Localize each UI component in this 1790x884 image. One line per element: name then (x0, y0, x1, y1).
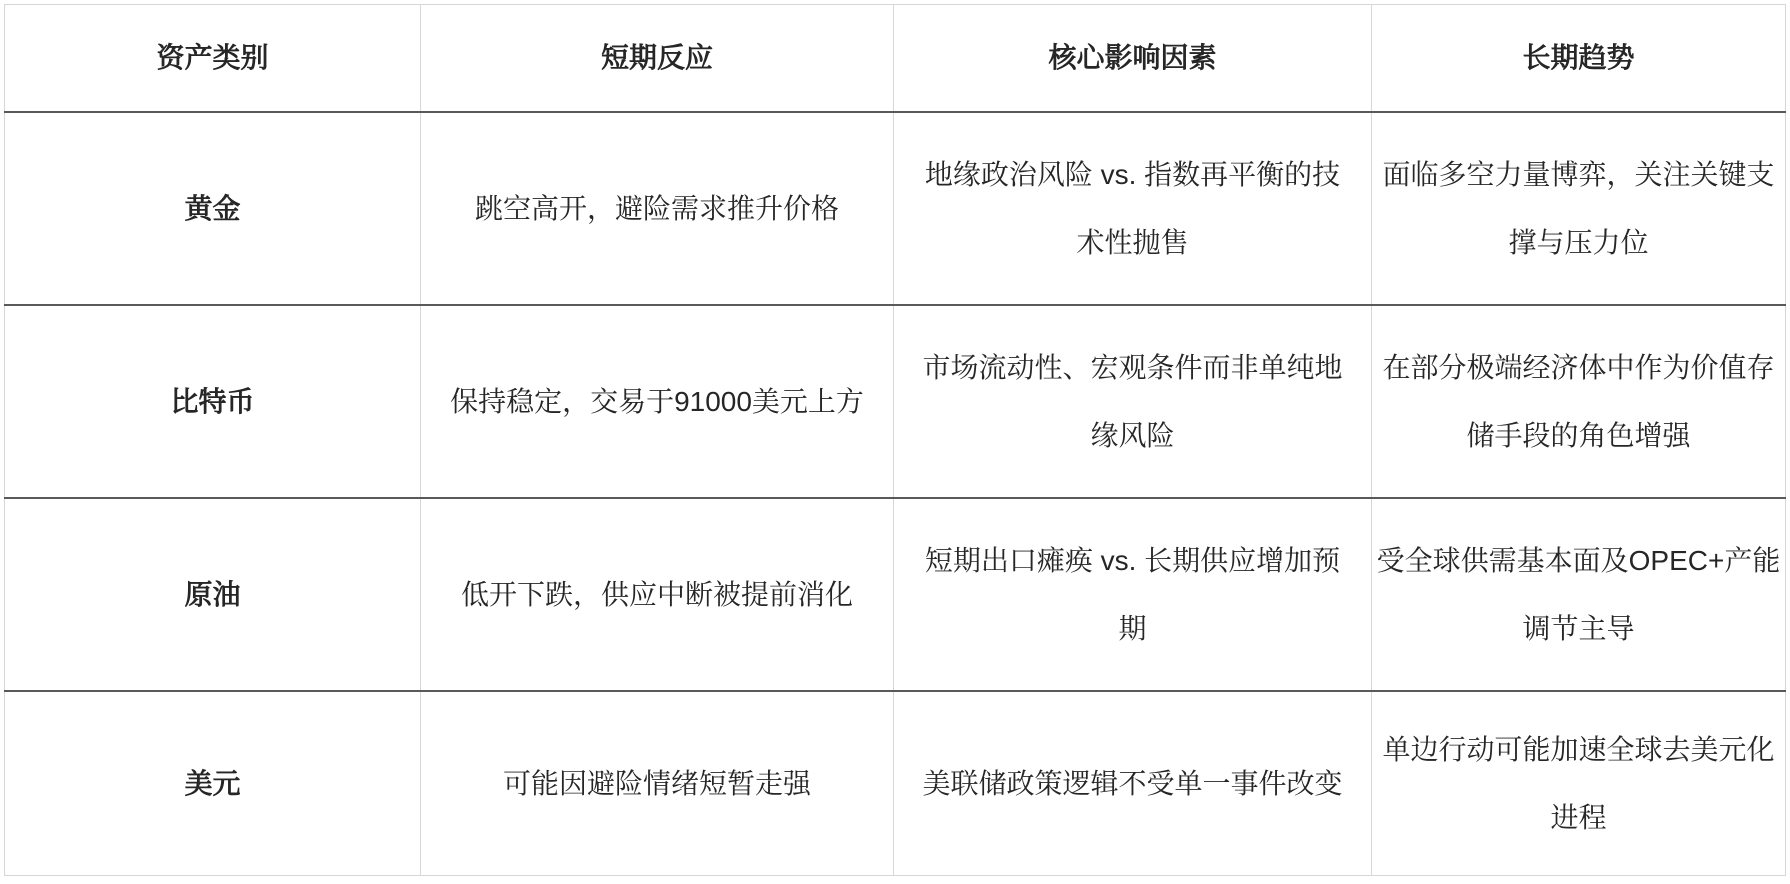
asset-impact-table-container: 资产类别 短期反应 核心影响因素 长期趋势 黄金 跳空高开，避险需求推升价格 地… (4, 4, 1786, 876)
cell-long-term: 单边行动可能加速全球去美元化进程 (1372, 691, 1786, 876)
column-header-key-factors: 核心影响因素 (894, 5, 1372, 113)
cell-short-term: 跳空高开，避险需求推升价格 (421, 112, 894, 305)
table-row-us-dollar: 美元 可能因避险情绪短暂走强 美联储政策逻辑不受单一事件改变 单边行动可能加速全… (5, 691, 1786, 876)
column-header-short-term: 短期反应 (421, 5, 894, 113)
cell-long-term: 在部分极端经济体中作为价值存储手段的角色增强 (1372, 305, 1786, 498)
cell-long-term: 受全球供需基本面及OPEC+产能调节主导 (1372, 498, 1786, 691)
table-row-gold: 黄金 跳空高开，避险需求推升价格 地缘政治风险 vs. 指数再平衡的技术性抛售 … (5, 112, 1786, 305)
cell-asset-name: 美元 (5, 691, 421, 876)
cell-asset-name: 原油 (5, 498, 421, 691)
cell-asset-name: 黄金 (5, 112, 421, 305)
cell-short-term: 保持稳定，交易于91000美元上方 (421, 305, 894, 498)
cell-key-factors: 美联储政策逻辑不受单一事件改变 (894, 691, 1372, 876)
cell-asset-name: 比特币 (5, 305, 421, 498)
column-header-long-term: 长期趋势 (1372, 5, 1786, 113)
cell-key-factors: 短期出口瘫痪 vs. 长期供应增加预期 (894, 498, 1372, 691)
cell-key-factors: 市场流动性、宏观条件而非单纯地缘风险 (894, 305, 1372, 498)
asset-impact-table: 资产类别 短期反应 核心影响因素 长期趋势 黄金 跳空高开，避险需求推升价格 地… (4, 4, 1786, 876)
cell-short-term: 低开下跌，供应中断被提前消化 (421, 498, 894, 691)
cell-long-term: 面临多空力量博弈，关注关键支撑与压力位 (1372, 112, 1786, 305)
table-header-row: 资产类别 短期反应 核心影响因素 长期趋势 (5, 5, 1786, 113)
table-row-bitcoin: 比特币 保持稳定，交易于91000美元上方 市场流动性、宏观条件而非单纯地缘风险… (5, 305, 1786, 498)
cell-key-factors: 地缘政治风险 vs. 指数再平衡的技术性抛售 (894, 112, 1372, 305)
cell-short-term: 可能因避险情绪短暂走强 (421, 691, 894, 876)
table-row-crude-oil: 原油 低开下跌，供应中断被提前消化 短期出口瘫痪 vs. 长期供应增加预期 受全… (5, 498, 1786, 691)
column-header-asset: 资产类别 (5, 5, 421, 113)
